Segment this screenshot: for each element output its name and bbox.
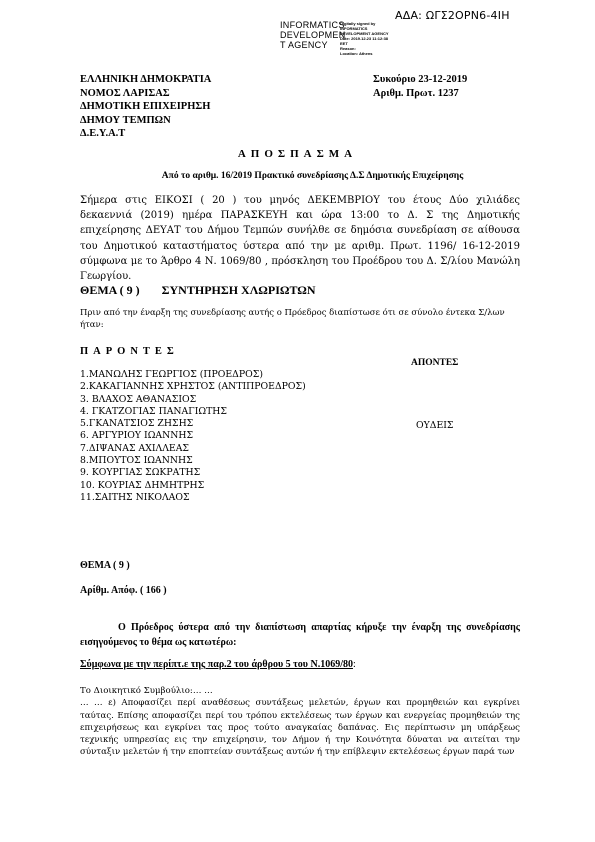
member-item: 3. ΒΛΑΧΟΣ ΑΘΑΝΑΣΙΟΣ xyxy=(80,394,306,406)
quorum-paragraph: Πριν από την έναρξη της συνεδρίασης αυτή… xyxy=(80,307,520,331)
legal-basis-colon: : xyxy=(353,659,356,670)
issuer-header: ΕΛΛΗΝΙΚΗ ΔΗΜΟΚΡΑΤΙΑ ΝΟΜΟΣ ΛΑΡΙΣΑΣ ΔΗΜΟΤΙ… xyxy=(80,73,211,141)
board-powers-text: Το Διοικητικό Συμβούλιο:… … … … ε) Αποφα… xyxy=(80,685,520,759)
topic-heading: ΘΕΜΑ ( 9 )ΣΥΝΤΗΡΗΣΗ ΧΛΩΡΙΩΤΩΝ xyxy=(80,283,316,298)
document-date: Συκούριο 23-12-2019 xyxy=(373,73,467,87)
legal-basis: Σύμφωνα με την περίπτ.ε της παρ.2 του άρ… xyxy=(80,659,356,670)
signature-issuer-line: T AGENCY xyxy=(280,40,346,50)
minutes-reference: Από το αριθμ. 16/2019 Πρακτικό συνεδρίασ… xyxy=(0,171,595,181)
ada-code: ΑΔΑ: ΩΓΣ2ΟΡΝ6-4ΙΗ xyxy=(395,9,510,22)
issuer-line: ΝΟΜΟΣ ΛΑΡΙΣΑΣ xyxy=(80,87,211,101)
digital-signature-issuer: INFORMATICS DEVELOPMEN T AGENCY xyxy=(280,20,346,50)
document-title: ΑΠΟΣΠΑΣΜΑ xyxy=(0,148,595,160)
member-item: 5.ΓΚΑΝΑΤΣΙΟΣ ΖΗΣΗΣ xyxy=(80,418,306,430)
digital-signature-details: Digitally signed by INFORMATICS DEVELOPM… xyxy=(340,21,389,56)
signature-issuer-line: DEVELOPMEN xyxy=(280,30,346,40)
intro-paragraph: Σήμερα στις ΕΙΚΟΣΙ ( 20 ) του μηνός ΔΕΚΕ… xyxy=(80,193,520,284)
member-item: 11.ΣΑΙΤΗΣ ΝΙΚΟΛΑΟΣ xyxy=(80,492,306,504)
absent-header: ΑΠΟΝΤΕΣ xyxy=(411,358,458,368)
decision-topic: ΘΕΜΑ ( 9 ) xyxy=(80,560,130,571)
member-item: 1.ΜΑΝΩΛΗΣ ΓΕΩΡΓΙΟΣ (ΠΡΟΕΔΡΟΣ) xyxy=(80,369,306,381)
issuer-line: ΕΛΛΗΝΙΚΗ ΔΗΜΟΚΡΑΤΙΑ xyxy=(80,73,211,87)
member-item: 6. ΑΡΓΥΡΙΟΥ ΙΩΑΝΝΗΣ xyxy=(80,430,306,442)
issuer-line: ΔΗΜΟΤΙΚΗ ΕΠΙΧΕΙΡΗΣΗ xyxy=(80,100,211,114)
absent-value: ΟΥΔΕΙΣ xyxy=(416,420,454,431)
board-paragraph: … … ε) Αποφασίζει περί αναθέσεως συντάξε… xyxy=(80,697,520,758)
member-item: 4. ΓΚΑΤΖΟΓΙΑΣ ΠΑΝΑΓΙΩΤΗΣ xyxy=(80,406,306,418)
member-item: 2.ΚΑΚΑΓΙΑΝΝΗΣ ΧΡΗΣΤΟΣ (ΑΝΤΙΠΡΟΕΔΡΟΣ) xyxy=(80,381,306,393)
board-intro: Το Διοικητικό Συμβούλιο:… … xyxy=(80,685,520,697)
member-item: 7.ΔΙΨΑΝΑΣ ΑΧΙΛΛΕΑΣ xyxy=(80,443,306,455)
protocol-number: Αριθμ. Πρωτ. 1237 xyxy=(373,87,467,101)
present-members-list: 1.ΜΑΝΩΛΗΣ ΓΕΩΡΓΙΟΣ (ΠΡΟΕΔΡΟΣ) 2.ΚΑΚΑΓΙΑΝ… xyxy=(80,369,306,504)
member-item: 8.ΜΠΟΥΤΟΣ ΙΩΑΝΝΗΣ xyxy=(80,455,306,467)
issuer-line: ΔΗΜΟΥ ΤΕΜΠΩΝ xyxy=(80,114,211,128)
member-item: 10. ΚΟΥΡΙΑΣ ΔΗΜΗΤΡΗΣ xyxy=(80,480,306,492)
date-protocol-header: Συκούριο 23-12-2019 Αριθμ. Πρωτ. 1237 xyxy=(373,73,467,100)
present-header: ΠΑΡΟΝΤΕΣ xyxy=(80,346,179,357)
topic-label: ΘΕΜΑ ( 9 ) xyxy=(80,283,140,297)
legal-basis-text: Σύμφωνα με την περίπτ.ε της παρ.2 του άρ… xyxy=(80,659,353,670)
chair-statement: Ο Πρόεδρος ύστερα από την διαπίστωση απα… xyxy=(80,620,520,650)
signature-detail-line: Location: Athens xyxy=(340,51,389,56)
topic-title: ΣΥΝΤΗΡΗΣΗ ΧΛΩΡΙΩΤΩΝ xyxy=(162,283,316,297)
member-item: 9. ΚΟΥΡΓΙΑΣ ΣΩΚΡΑΤΗΣ xyxy=(80,467,306,479)
decision-number: Αρίθμ. Απόφ. ( 166 ) xyxy=(80,585,167,596)
issuer-line: Δ.Ε.Υ.Α.Τ xyxy=(80,127,211,141)
signature-issuer-line: INFORMATICS xyxy=(280,20,346,30)
